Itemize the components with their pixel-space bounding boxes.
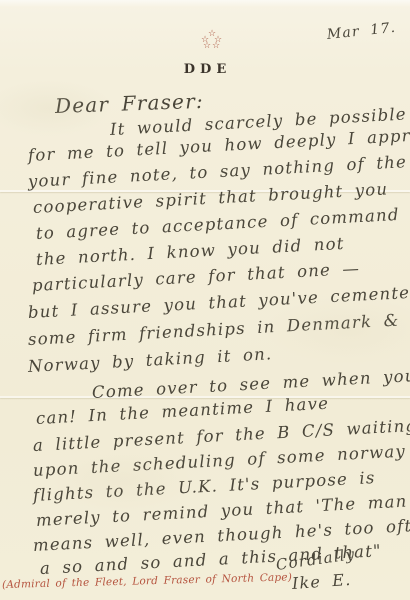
salutation: Dear Fraser: xyxy=(55,89,205,118)
letter-page: ☆ ☆ ☆ ☆ ☆ DDE Mar 17. Dear Fraser: It wo… xyxy=(0,0,410,600)
monogram-dde: DDE xyxy=(0,62,410,77)
star-icon: ☆ xyxy=(212,42,220,51)
handwritten-date: Mar 17. xyxy=(326,20,397,43)
five-star-circle-icon: ☆ ☆ ☆ ☆ ☆ xyxy=(201,31,223,51)
signature: Ike E. xyxy=(291,570,352,593)
fold-crease xyxy=(0,396,410,398)
star-icon: ☆ xyxy=(203,42,211,51)
handwritten-line: Norway by taking it on. xyxy=(28,344,273,376)
